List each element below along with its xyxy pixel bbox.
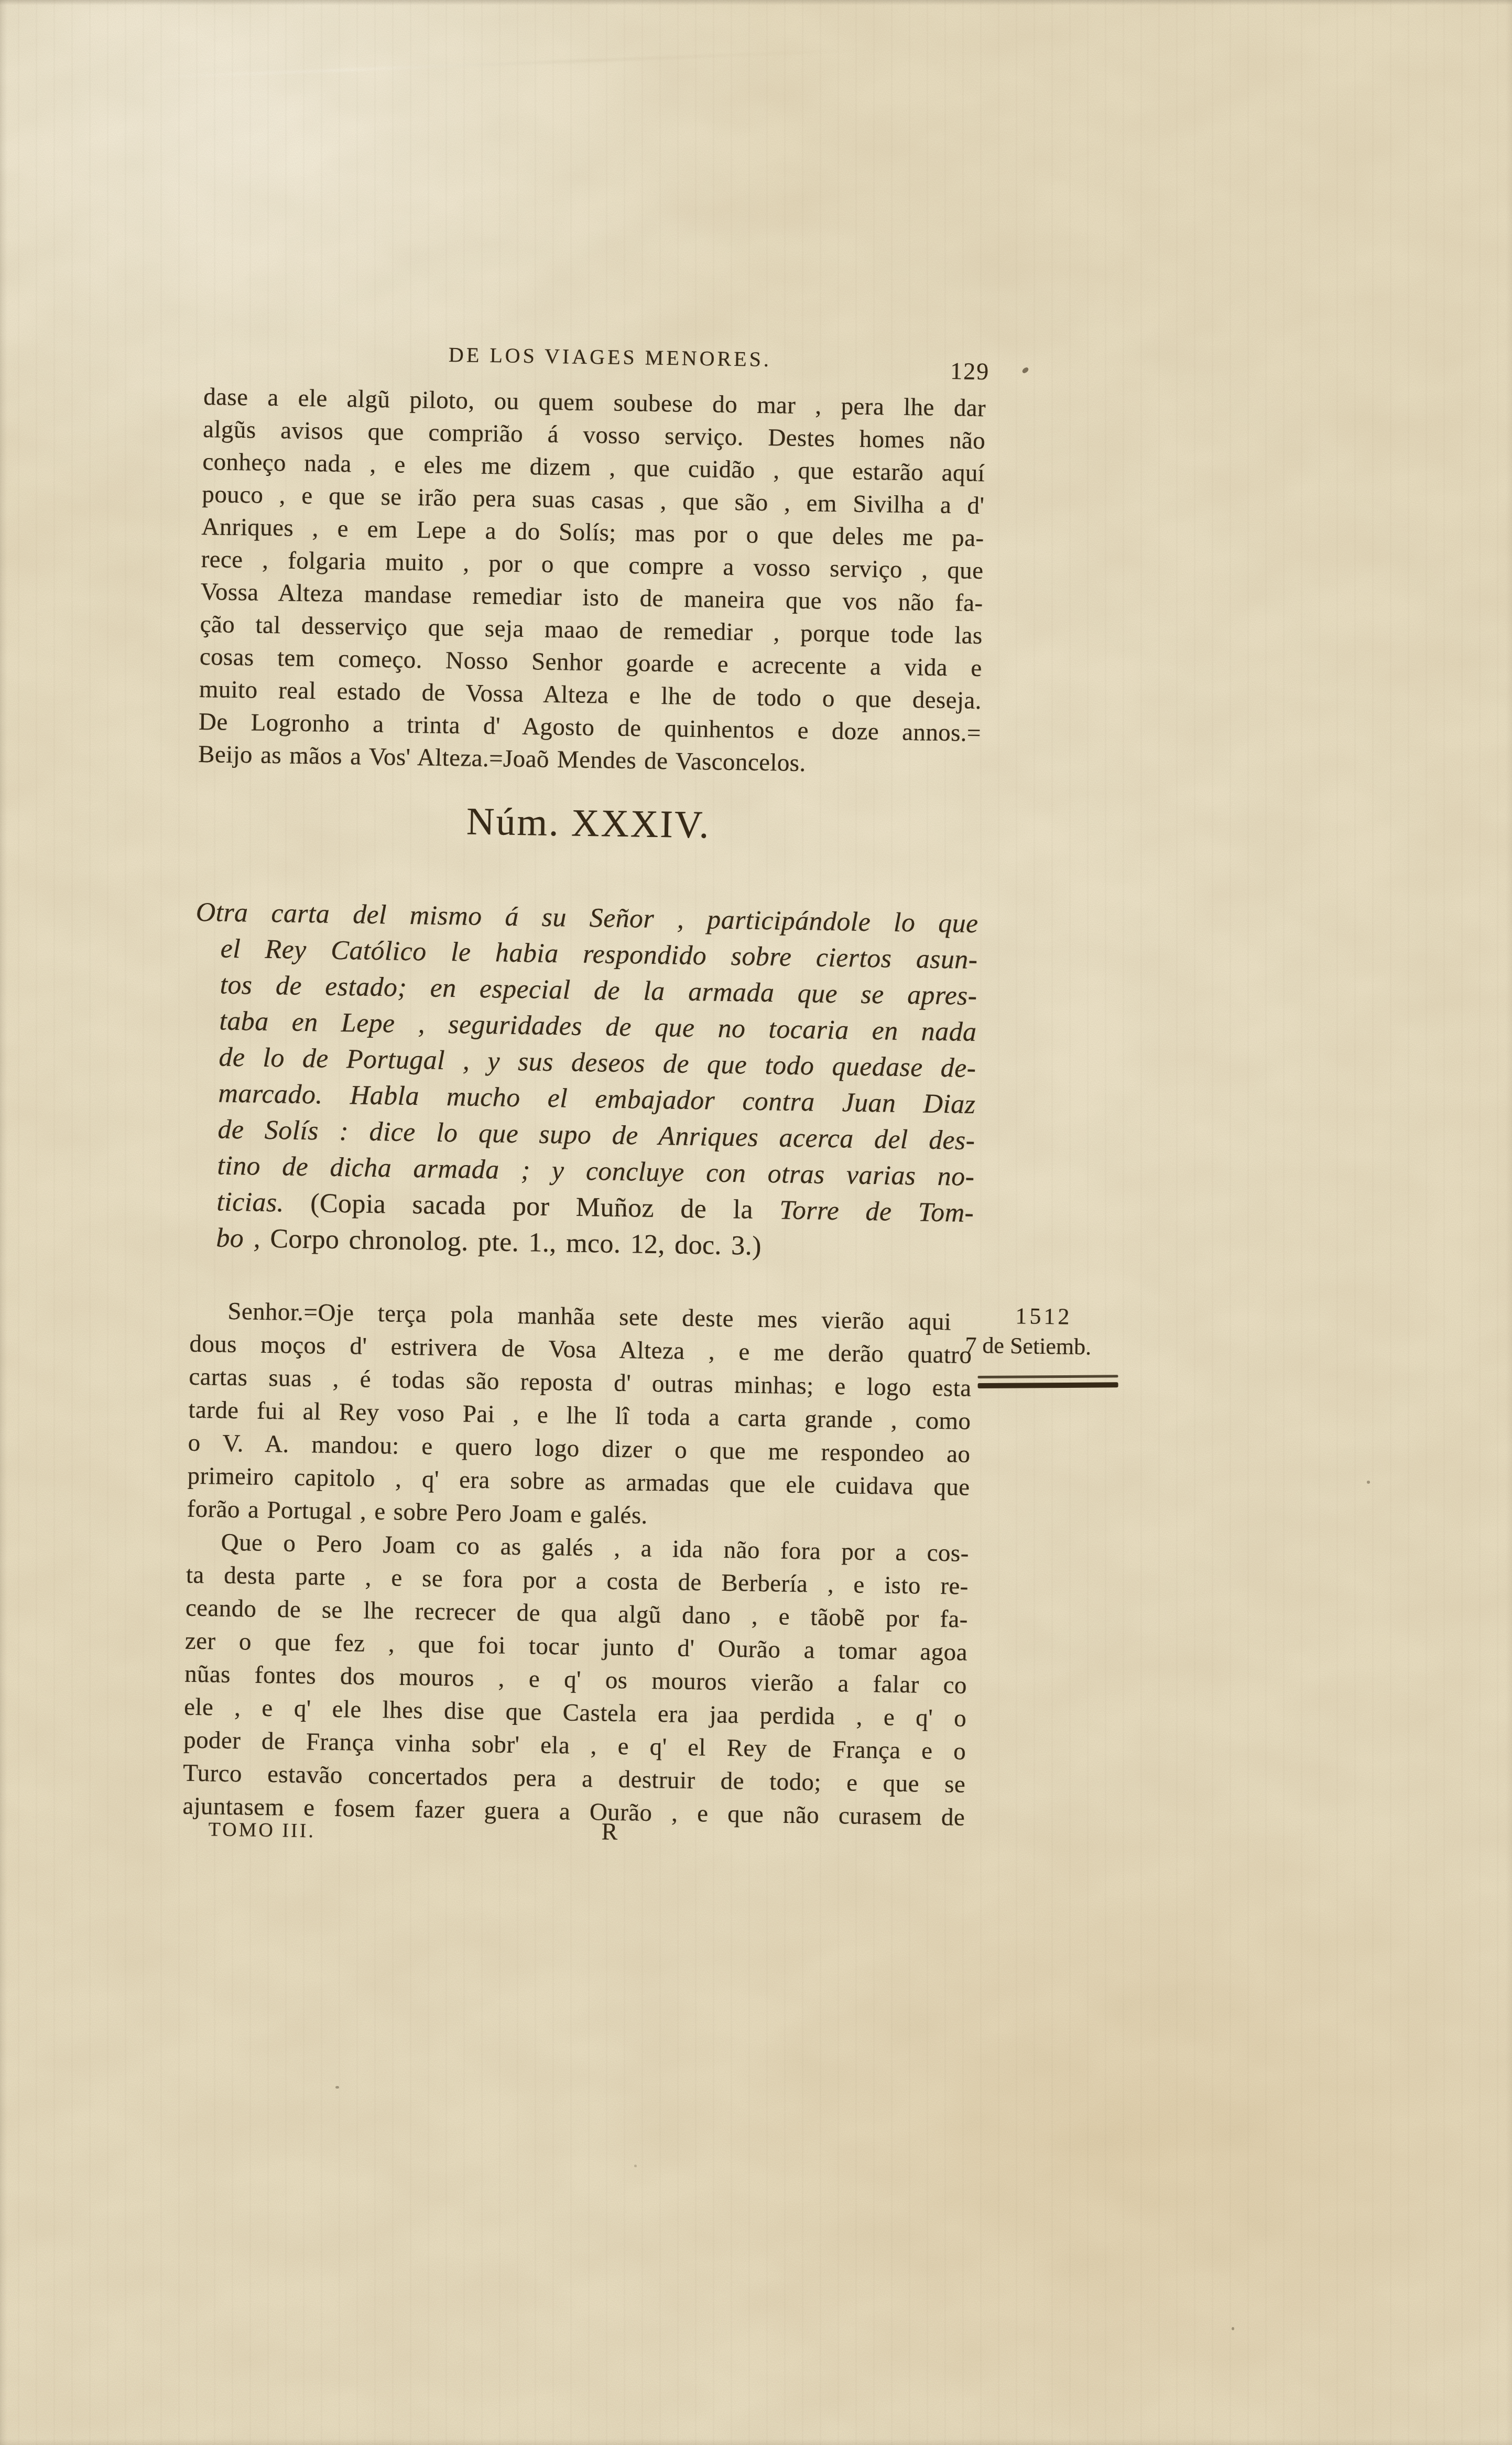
page-number: 129	[950, 357, 990, 385]
ink-speck	[335, 2086, 339, 2089]
section-heading: Núm. XXXIV.	[197, 796, 980, 852]
text-segment: Beijo as mãos a Vos' Alteza.=Joaõ Mendes…	[198, 741, 806, 777]
text-segment: bo ,	[216, 1223, 270, 1254]
volume-label: TOMO III.	[208, 1818, 316, 1842]
letter-paragraph-2: Que o Pero Joam co as galés , a ida não …	[182, 1526, 969, 1834]
rule-thick	[978, 1382, 1118, 1388]
text-segment: forão a Portugal , e sobre Pero Joam e g…	[187, 1495, 648, 1529]
book-page-scan: DE LOS VIAGES MENORES. 129 dase a ele al…	[0, 0, 1512, 2445]
catchword: R	[601, 1818, 617, 1845]
ink-speck	[634, 2165, 637, 2167]
printed-area: DE LOS VIAGES MENORES. 129 dase a ele al…	[182, 335, 987, 1877]
margin-note-year: 1512	[965, 1302, 1123, 1331]
text-segment: (Copia sacada por Muñoz de la	[310, 1188, 780, 1225]
running-head: DE LOS VIAGES MENORES. 129	[204, 335, 987, 347]
paragraph-continuation: dase a ele algũ piloto, ou quem soubese …	[198, 381, 986, 782]
paper-crease	[110, 48, 896, 80]
rule-thin	[977, 1375, 1118, 1378]
ink-speck	[1367, 1481, 1370, 1484]
ink-speck	[1021, 366, 1029, 375]
margin-note-date: 7 de Setiemb.	[965, 1332, 1123, 1361]
summary-paragraph: Otra carta del mismo á su Señor , partic…	[191, 894, 978, 1267]
letter-paragraph-1: Senhor.=Oje terça pola manhãa sete deste…	[187, 1295, 972, 1537]
margin-double-rule	[977, 1375, 1118, 1388]
ink-speck	[1232, 2327, 1234, 2330]
text-segment: ticias.	[216, 1187, 311, 1219]
text-segment: Corpo chronolog. pte. 1., mco. 12, doc. …	[270, 1224, 762, 1261]
running-title: DE LOS VIAGES MENORES.	[449, 342, 772, 372]
margin-note: 1512 7 de Setiemb.	[964, 1302, 1123, 1389]
text-segment: Torre de Tom-	[779, 1195, 974, 1227]
